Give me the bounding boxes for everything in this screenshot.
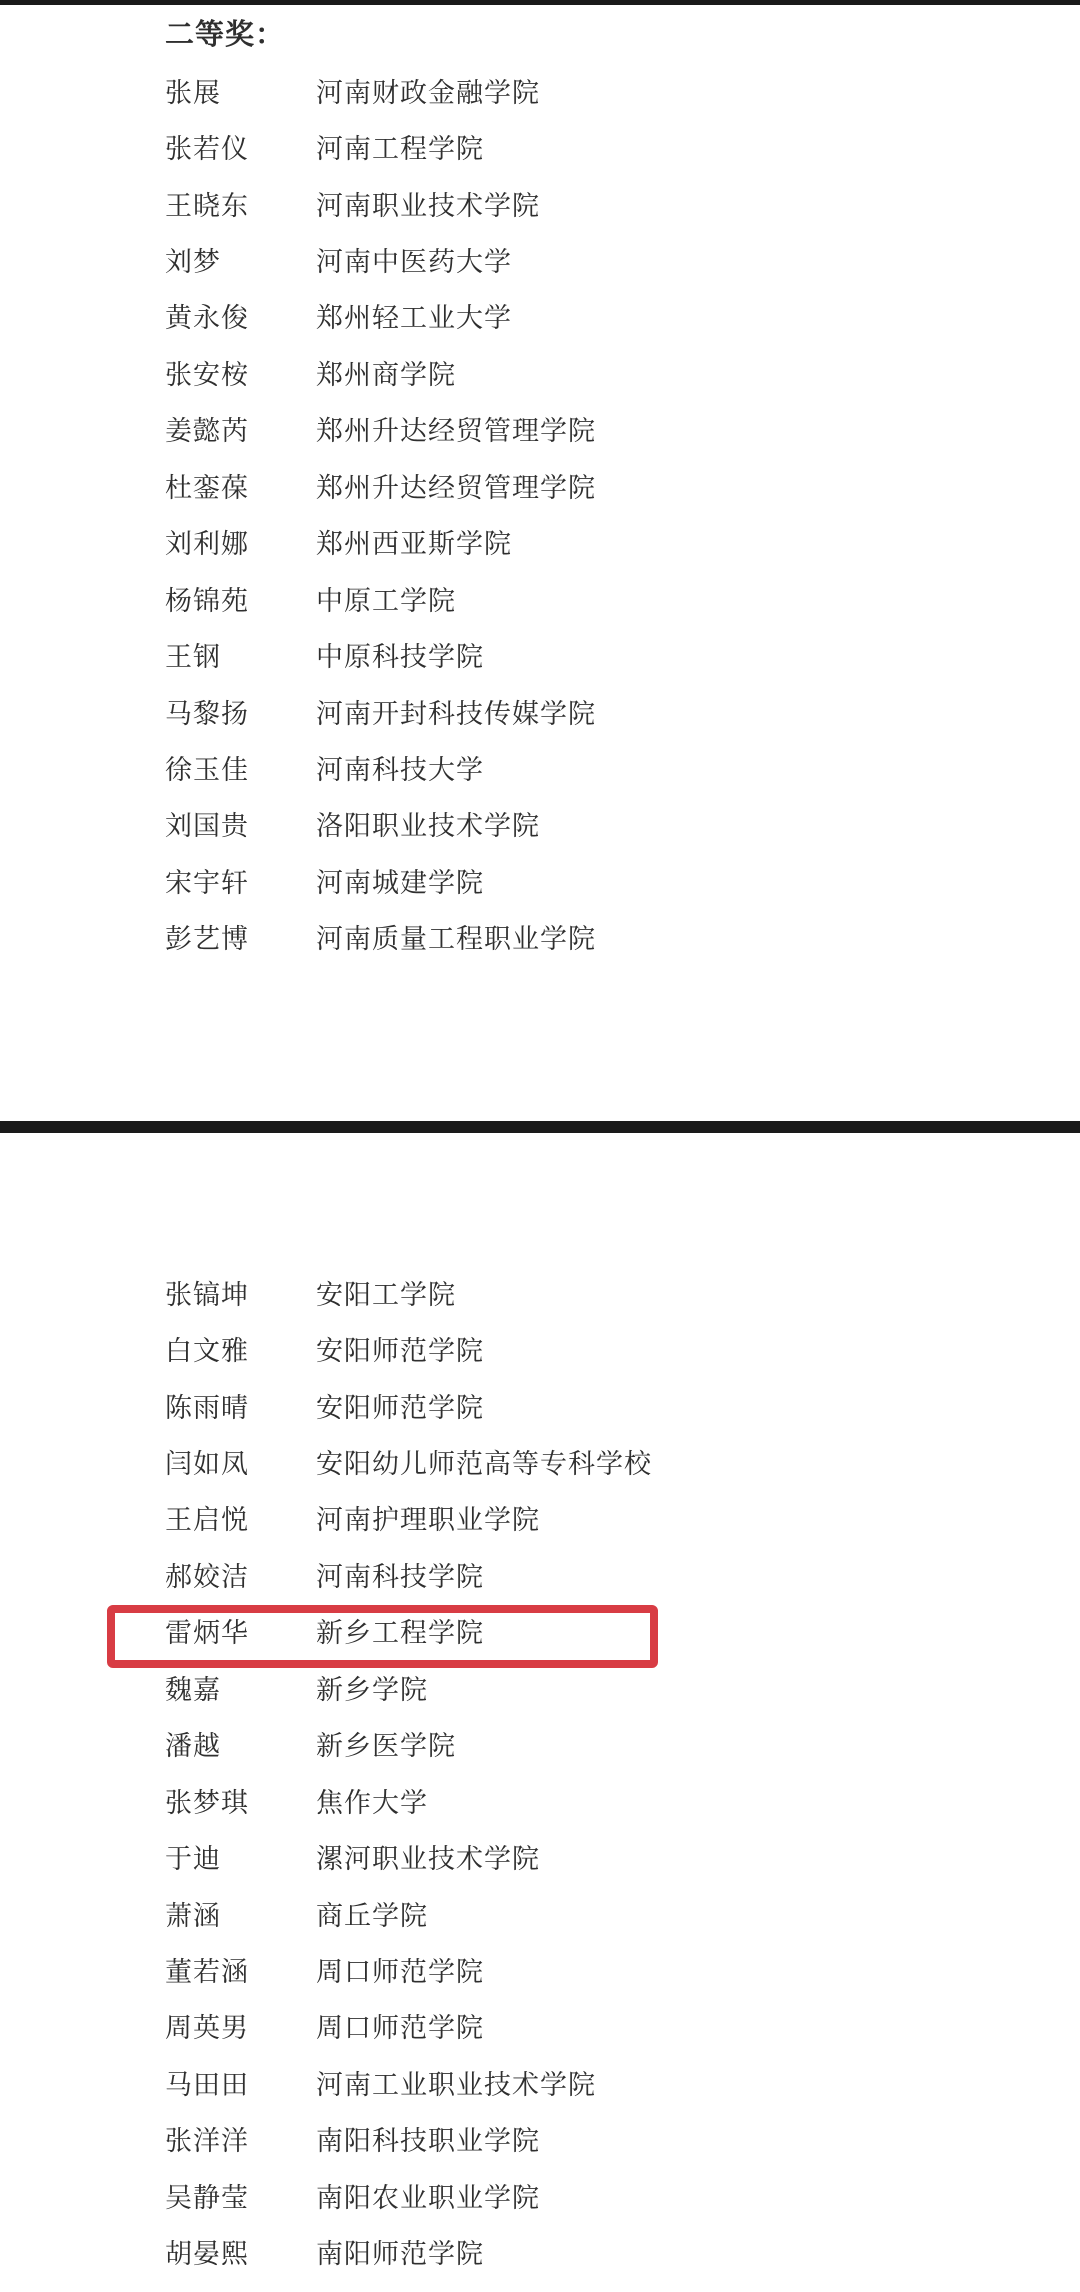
winner-name: 王钢 bbox=[165, 635, 316, 674]
winner-name: 宋宇轩 bbox=[165, 861, 316, 900]
winner-row: 陈雨晴安阳师范学院 bbox=[0, 1377, 1080, 1433]
winner-name: 董若涵 bbox=[165, 1950, 316, 1989]
winner-school: 南阳农业职业学院 bbox=[316, 2176, 540, 2215]
page-separator-bar bbox=[0, 1121, 1080, 1133]
winner-school: 新乡学院 bbox=[316, 1668, 428, 1707]
winner-row: 杨锦苑中原工学院 bbox=[0, 570, 1080, 626]
winner-row: 吴静莹南阳农业职业学院 bbox=[0, 2167, 1080, 2223]
award-tier-heading: 二等奖： bbox=[165, 12, 285, 53]
winner-school: 焦作大学 bbox=[316, 1781, 428, 1820]
winner-row: 白文雅安阳师范学院 bbox=[0, 1320, 1080, 1376]
winner-row: 张梦琪焦作大学 bbox=[0, 1772, 1080, 1828]
winner-school: 河南工程学院 bbox=[316, 127, 484, 166]
winner-name: 周英男 bbox=[165, 2006, 316, 2045]
winner-row: 姜懿芮郑州升达经贸管理学院 bbox=[0, 401, 1080, 457]
winner-row: 萧涵商丘学院 bbox=[0, 1885, 1080, 1941]
winner-school: 郑州升达经贸管理学院 bbox=[316, 466, 596, 505]
winner-school: 河南护理职业学院 bbox=[316, 1498, 540, 1537]
winner-row: 刘国贵洛阳职业技术学院 bbox=[0, 796, 1080, 852]
winner-row: 张若仪河南工程学院 bbox=[0, 118, 1080, 174]
winner-school: 中原科技学院 bbox=[316, 635, 484, 674]
winner-school: 安阳师范学院 bbox=[316, 1386, 484, 1425]
winner-row: 刘利娜郑州西亚斯学院 bbox=[0, 514, 1080, 570]
winner-name: 徐玉佳 bbox=[165, 748, 316, 787]
winner-row: 王钢中原科技学院 bbox=[0, 626, 1080, 682]
winner-school: 安阳幼儿师范高等专科学校 bbox=[316, 1442, 652, 1481]
winner-name: 张安桉 bbox=[165, 353, 316, 392]
winner-name: 杨锦苑 bbox=[165, 579, 316, 618]
winner-name: 吴静莹 bbox=[165, 2176, 316, 2215]
winners-list-part2: 张镐坤安阳工学院白文雅安阳师范学院陈雨晴安阳师范学院闫如凤安阳幼儿师范高等专科学… bbox=[0, 1264, 1080, 2280]
winner-school: 安阳工学院 bbox=[316, 1273, 456, 1312]
winner-row: 王晓东河南职业技术学院 bbox=[0, 175, 1080, 231]
winner-row: 马田田河南工业职业技术学院 bbox=[0, 2054, 1080, 2110]
winner-school: 南阳师范学院 bbox=[316, 2232, 484, 2271]
winner-name: 张展 bbox=[165, 71, 316, 110]
winner-school: 郑州升达经贸管理学院 bbox=[316, 409, 596, 448]
winner-name: 于迪 bbox=[165, 1837, 316, 1876]
winner-row: 郝姣洁河南科技学院 bbox=[0, 1546, 1080, 1602]
winner-row: 彭艺博河南质量工程职业学院 bbox=[0, 909, 1080, 965]
winner-row: 闫如凤安阳幼儿师范高等专科学校 bbox=[0, 1433, 1080, 1489]
winner-row: 王启悦河南护理职业学院 bbox=[0, 1490, 1080, 1546]
winner-row: 魏嘉新乡学院 bbox=[0, 1659, 1080, 1715]
winners-list-part1: 张展河南财政金融学院张若仪河南工程学院王晓东河南职业技术学院刘梦河南中医药大学黄… bbox=[0, 62, 1080, 965]
winner-row: 张展河南财政金融学院 bbox=[0, 62, 1080, 118]
winner-name: 刘梦 bbox=[165, 240, 316, 279]
winner-school: 安阳师范学院 bbox=[316, 1329, 484, 1368]
winner-school: 河南职业技术学院 bbox=[316, 184, 540, 223]
winner-school: 新乡工程学院 bbox=[316, 1611, 484, 1650]
winner-name: 潘越 bbox=[165, 1724, 316, 1763]
award-list-document: 二等奖： 张展河南财政金融学院张若仪河南工程学院王晓东河南职业技术学院刘梦河南中… bbox=[0, 0, 1080, 2292]
winner-school: 郑州轻工业大学 bbox=[316, 296, 512, 335]
winner-school: 河南工业职业技术学院 bbox=[316, 2063, 596, 2102]
winner-school: 河南科技大学 bbox=[316, 748, 484, 787]
winner-name: 马田田 bbox=[165, 2063, 316, 2102]
winner-school: 河南质量工程职业学院 bbox=[316, 917, 596, 956]
winner-name: 王启悦 bbox=[165, 1498, 316, 1537]
winner-school: 新乡医学院 bbox=[316, 1724, 456, 1763]
winner-school: 中原工学院 bbox=[316, 579, 456, 618]
winner-name: 张若仪 bbox=[165, 127, 316, 166]
winner-name: 陈雨晴 bbox=[165, 1386, 316, 1425]
winner-school: 郑州商学院 bbox=[316, 353, 456, 392]
winner-row: 于迪漯河职业技术学院 bbox=[0, 1828, 1080, 1884]
winner-row: 张安桉郑州商学院 bbox=[0, 344, 1080, 400]
winner-name: 彭艺博 bbox=[165, 917, 316, 956]
winner-row: 宋宇轩河南城建学院 bbox=[0, 852, 1080, 908]
winner-school: 河南中医药大学 bbox=[316, 240, 512, 279]
winner-school: 河南城建学院 bbox=[316, 861, 484, 900]
winner-school: 漯河职业技术学院 bbox=[316, 1837, 540, 1876]
winner-row: 刘梦河南中医药大学 bbox=[0, 231, 1080, 287]
winner-name: 刘国贵 bbox=[165, 804, 316, 843]
winner-name: 王晓东 bbox=[165, 184, 316, 223]
winner-school: 河南开封科技传媒学院 bbox=[316, 692, 596, 731]
winner-name: 张镐坤 bbox=[165, 1273, 316, 1312]
winner-row: 马黎扬河南开封科技传媒学院 bbox=[0, 683, 1080, 739]
winner-row: 杜銮葆郑州升达经贸管理学院 bbox=[0, 457, 1080, 513]
winner-name: 姜懿芮 bbox=[165, 409, 316, 448]
winner-name: 杜銮葆 bbox=[165, 466, 316, 505]
winner-school: 郑州西亚斯学院 bbox=[316, 522, 512, 561]
winner-name: 黄永俊 bbox=[165, 296, 316, 335]
winner-name: 雷炳华 bbox=[165, 1611, 316, 1650]
winner-row-highlighted: 雷炳华新乡工程学院 bbox=[0, 1603, 1080, 1659]
winner-school: 南阳科技职业学院 bbox=[316, 2119, 540, 2158]
winner-row: 胡晏熙南阳师范学院 bbox=[0, 2223, 1080, 2279]
winner-row: 潘越新乡医学院 bbox=[0, 1716, 1080, 1772]
winner-name: 马黎扬 bbox=[165, 692, 316, 731]
winner-school: 洛阳职业技术学院 bbox=[316, 804, 540, 843]
winner-name: 张洋洋 bbox=[165, 2119, 316, 2158]
winner-row: 黄永俊郑州轻工业大学 bbox=[0, 288, 1080, 344]
winner-school: 商丘学院 bbox=[316, 1894, 428, 1933]
top-edge-bar bbox=[0, 0, 1080, 5]
winner-name: 张梦琪 bbox=[165, 1781, 316, 1820]
winner-row: 张镐坤安阳工学院 bbox=[0, 1264, 1080, 1320]
winner-row: 张洋洋南阳科技职业学院 bbox=[0, 2111, 1080, 2167]
winner-school: 河南财政金融学院 bbox=[316, 71, 540, 110]
winner-name: 郝姣洁 bbox=[165, 1555, 316, 1594]
winner-row: 董若涵周口师范学院 bbox=[0, 1941, 1080, 1997]
winner-name: 魏嘉 bbox=[165, 1668, 316, 1707]
winner-school: 河南科技学院 bbox=[316, 1555, 484, 1594]
winner-name: 刘利娜 bbox=[165, 522, 316, 561]
winner-row: 徐玉佳河南科技大学 bbox=[0, 739, 1080, 795]
winner-school: 周口师范学院 bbox=[316, 2006, 484, 2045]
winner-name: 白文雅 bbox=[165, 1329, 316, 1368]
winner-row: 周英男周口师范学院 bbox=[0, 1998, 1080, 2054]
winner-name: 胡晏熙 bbox=[165, 2232, 316, 2271]
winner-name: 萧涵 bbox=[165, 1894, 316, 1933]
winner-name: 闫如凤 bbox=[165, 1442, 316, 1481]
winner-school: 周口师范学院 bbox=[316, 1950, 484, 1989]
